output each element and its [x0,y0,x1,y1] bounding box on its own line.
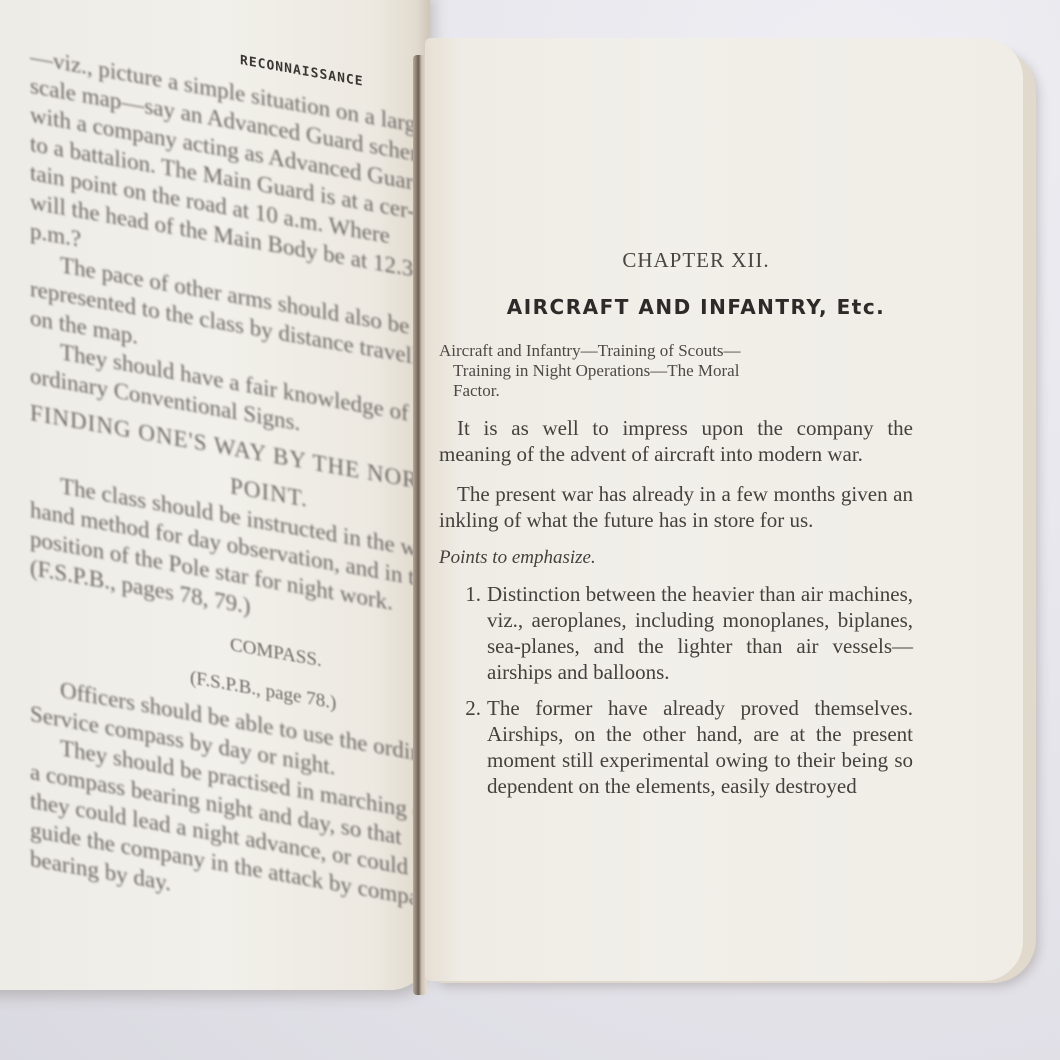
synopsis-line: Training in Night Operations—The Moral [439,361,913,381]
chapter-synopsis: Aircraft and Infantry—Training of Scouts… [439,341,913,401]
synopsis-line: Factor. [439,381,913,401]
paragraph: The present war has already in a few mon… [439,481,913,533]
point-text: The former have already proved themselve… [487,695,913,799]
numbered-point: 2. The former have already proved themse… [439,695,913,799]
points-label: Points to emphasize. [439,545,913,571]
point-number: 2. [439,695,487,799]
chapter-content: CHAPTER XII. AIRCRAFT AND INFANTRY, Etc.… [439,248,913,799]
numbered-point: 1. Distinction between the heavier than … [439,581,913,685]
left-page: RECONNAISSANCE —viz., picture a simple s… [0,0,430,990]
left-page-text: RECONNAISSANCE —viz., picture a simple s… [30,10,390,936]
chapter-number: CHAPTER XII. [479,248,913,273]
synopsis-line: Aircraft and Infantry—Training of Scouts… [439,341,913,361]
chapter-title: AIRCRAFT AND INFANTRY, Etc. [479,295,913,319]
point-text: Distinction between the heavier than air… [487,581,913,685]
right-page: CHAPTER XII. AIRCRAFT AND INFANTRY, Etc.… [425,38,1023,981]
point-number: 1. [439,581,487,685]
paragraph: It is as well to impress upon the compan… [439,415,913,467]
